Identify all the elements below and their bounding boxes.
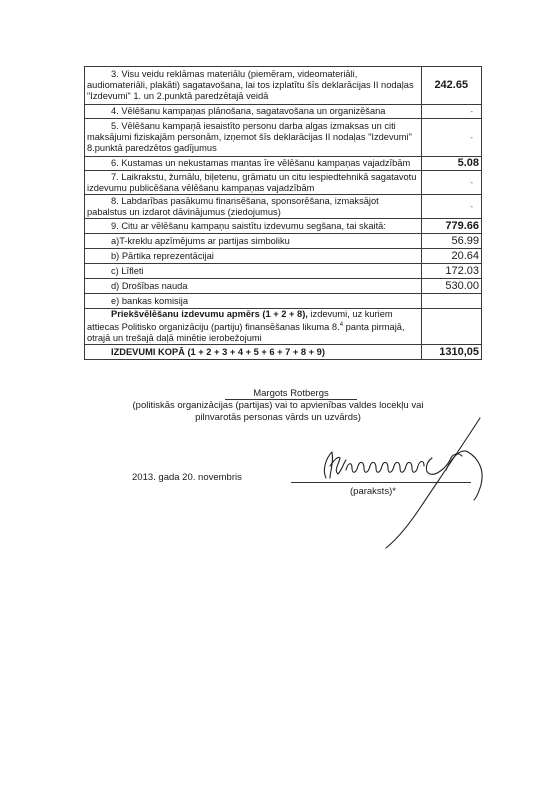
table-subrow: a)T-kreklu apzīmējums ar partijas simbol… [85,234,482,249]
subrow-c-value: 172.03 [421,264,481,279]
signature-caption: (paraksts)* [350,486,396,497]
row-7-text: 7. Laikrakstu, žurnālu, biļetenu, grāmat… [87,172,416,193]
pre-election-value [421,309,481,345]
signing-date: 2013. gada 20. novembris [132,472,242,483]
expenses-table: 3. Visu veidu reklāmas materiālu (piemēr… [84,66,482,360]
document-page: 3. Visu veidu reklāmas materiālu (piemēr… [0,0,554,788]
total-value: 1310,05 [421,345,481,360]
signature-line [291,482,471,483]
table-row: 6. Kustamas un nekustamas mantas īre vēl… [85,157,482,171]
subrow-d-text: d) Drošības nauda [111,281,188,291]
subrow-d-value: 530.00 [421,279,481,294]
table-row: 9. Citu ar vēlēšanu kampaņu saistītu izd… [85,219,482,234]
row-9-text: 9. Citu ar vēlēšanu kampaņu saistītu izd… [111,221,386,231]
row-5-text: 5. Vēlēšanu kampaņā iesaistīto personu d… [87,121,412,153]
table-row-total: IZDEVUMI KOPĀ (1 + 2 + 3 + 4 + 5 + 6 + 7… [85,345,482,360]
table-subrow: b) Pārtika reprezentācijai 20.64 [85,249,482,264]
table-subrow: d) Drošības nauda 530.00 [85,279,482,294]
table-row: 8. Labdarības pasākumu finansēšana, spon… [85,195,482,219]
row-9-value: 779.66 [421,219,481,234]
subrow-b-value: 20.64 [421,249,481,264]
row-6-text: 6. Kustamas un nekustamas mantas īre vēl… [111,158,410,168]
row-3-value: 242.65 [421,67,481,105]
table-row: 7. Laikrakstu, žurnālu, biļetenu, grāmat… [85,171,482,195]
subrow-b-text: b) Pārtika reprezentācijai [111,251,214,261]
row-8-value: - [421,195,481,219]
signatory-name: Margots Rotbergs [225,388,357,400]
row-6-value: 5.08 [421,157,481,171]
subrow-e-text: e) bankas komisija [111,296,188,306]
total-label: IZDEVUMI KOPĀ (1 + 2 + 3 + 4 + 5 + 6 + 7… [111,347,325,357]
table-row: 4. Vēlēšanu kampaņas plānošana, sagatavo… [85,105,482,119]
row-7-value: - [421,171,481,195]
table-row-pre-election: Priekšvēlēšanu izdevumu apmērs (1 + 2 + … [85,309,482,345]
row-3-text: 3. Visu veidu reklāmas materiālu (piemēr… [87,69,414,101]
subrow-a-text: a)T-kreklu apzīmējums ar partijas simbol… [111,236,290,246]
row-8-text: 8. Labdarības pasākumu finansēšana, spon… [87,196,379,217]
row-5-value: - [421,119,481,157]
subrow-a-value: 56.99 [421,234,481,249]
signatory-caption: (politiskās organizācijas (partijas) vai… [118,400,438,424]
table-row: 3. Visu veidu reklāmas materiālu (piemēr… [85,67,482,105]
subrow-c-text: c) Līfleti [111,266,144,276]
table-subrow: e) bankas komisija [85,294,482,309]
row-4-value: - [421,105,481,119]
subrow-e-value [421,294,481,309]
row-4-text: 4. Vēlēšanu kampaņas plānošana, sagatavo… [111,106,385,116]
pre-election-bold: Priekšvēlēšanu izdevumu apmērs (1 + 2 + … [111,309,308,319]
table-row: 5. Vēlēšanu kampaņā iesaistīto personu d… [85,119,482,157]
table-subrow: c) Līfleti 172.03 [85,264,482,279]
